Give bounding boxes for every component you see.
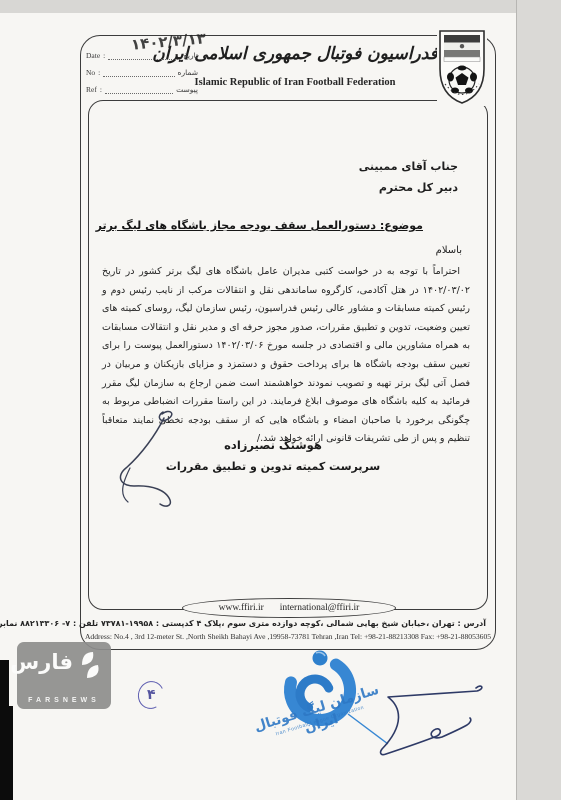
recipient-title: دبیر کل محترم (88, 181, 458, 194)
iran-football-federation-crest-icon (437, 28, 487, 106)
handwritten-page-number-value: ۴ (147, 687, 156, 703)
farsnews-name-fa: فارس (10, 650, 73, 674)
colon: : (100, 85, 102, 94)
scan-background-right (516, 0, 561, 800)
colon: : (98, 68, 100, 77)
address-english: Address: No.4 , 3rd 12-meter St. ,North … (82, 632, 494, 641)
subject-line: موضوع: دستورالعمل سقف بودجه مجاز باشگاه … (88, 219, 423, 232)
salutation: باسلام (88, 245, 462, 256)
farsnews-droplet-logo-icon (73, 648, 107, 686)
number-field: No : شماره (86, 60, 198, 77)
date-label-fa: تاریخ (183, 51, 198, 60)
contact-email: international@ffiri.ir (280, 603, 360, 613)
scan-edge-black-strip (0, 660, 9, 708)
scanned-letter-page: فدراسیون فوتبال جمهوری اسلامی ایران Isla… (0, 0, 561, 800)
ref-rule-line (105, 83, 173, 94)
number-rule-line (103, 66, 174, 77)
farsnews-watermark: فارس FARSNEWS (17, 642, 111, 709)
scan-background-top (0, 0, 561, 13)
ref-field: Ref : پیوست (86, 77, 198, 94)
address-persian: آدرس : تهران ،خیابان شیخ بهایی شمالی ،کو… (88, 619, 486, 628)
handwritten-approval-signature-icon (368, 680, 493, 765)
scan-edge-black-strip (0, 706, 13, 800)
handwritten-page-number: ۴ (134, 678, 167, 713)
number-label-en: No (86, 68, 95, 77)
farsnews-name-en: FARSNEWS (17, 697, 111, 704)
ref-label-en: Ref (86, 85, 97, 94)
ref-label-fa: پیوست (176, 85, 198, 94)
handwritten-signature-mark-icon (100, 406, 210, 511)
recipient-name: جناب آقای ممبینی (88, 160, 458, 173)
number-label-fa: شماره (178, 68, 198, 77)
website-oval: www.ffiri.ir international@ffiri.ir (182, 598, 396, 618)
website-url: www.ffiri.ir (219, 603, 264, 613)
